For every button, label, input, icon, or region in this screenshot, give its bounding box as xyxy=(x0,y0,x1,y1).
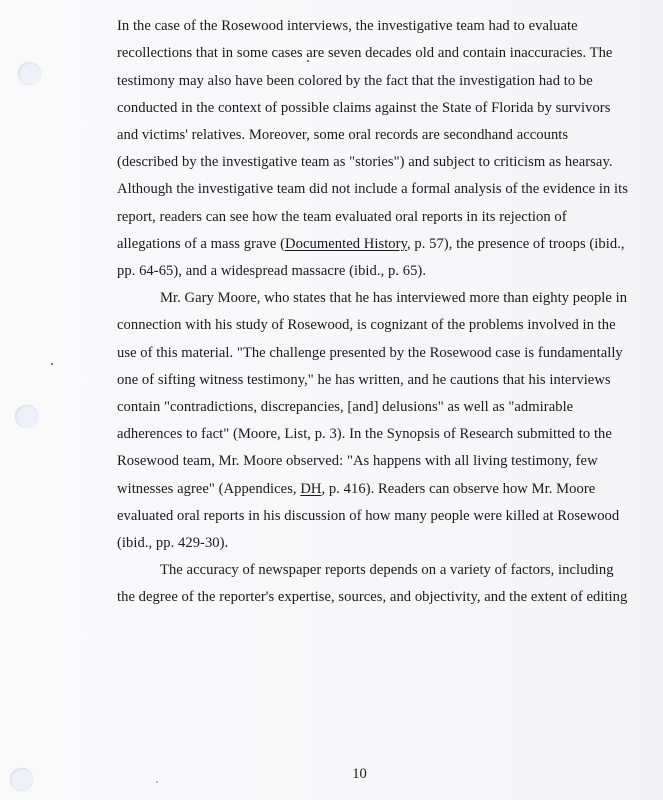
text-line: (described by the investigative team as … xyxy=(117,155,613,170)
text-segment: , p. 416). Readers can observe how Mr. M… xyxy=(322,481,596,497)
text-line: The accuracy of newspaper reports depend… xyxy=(160,563,614,578)
text-line: connection with his study of Rosewood, i… xyxy=(117,318,616,333)
binder-hole-middle xyxy=(15,405,38,428)
text-line: report, readers can see how the team eva… xyxy=(117,210,567,225)
text-line: In the case of the Rosewood interviews, … xyxy=(117,19,578,34)
scanned-page: In the case of the Rosewood interviews, … xyxy=(0,0,663,800)
text-line: (ibid., pp. 429-30). xyxy=(117,536,228,551)
text-line: one of sifting witness testimony," he ha… xyxy=(117,373,611,388)
binder-hole-top xyxy=(18,62,41,85)
text-segment: , p. 57), the presence of troops (ibid., xyxy=(407,236,625,252)
text-line: contain "contradictions, discrepancies, … xyxy=(117,400,573,415)
citation-dh: DH xyxy=(300,481,321,497)
text-line: conducted in the context of possible cla… xyxy=(117,101,610,116)
text-line: Mr. Gary Moore, who states that he has i… xyxy=(160,291,627,306)
text-line: testimony may also have been colored by … xyxy=(117,74,593,89)
scan-speck xyxy=(51,363,53,365)
text-line: and victims' relatives. Moreover, some o… xyxy=(117,128,568,143)
text-line: Although the investigative team did not … xyxy=(117,182,628,197)
text-line: evaluated oral reports in his discussion… xyxy=(117,509,619,524)
text-line: adherences to fact" (Moore, List, p. 3).… xyxy=(117,427,612,442)
text-segment: allegations of a mass grave ( xyxy=(117,236,285,252)
text-line: allegations of a mass grave (Documented … xyxy=(117,237,625,252)
text-line: Rosewood team, Mr. Moore observed: "As h… xyxy=(117,454,598,469)
text-segment: witnesses agree" (Appendices, xyxy=(117,481,300,497)
text-line: use of this material. "The challenge pre… xyxy=(117,346,623,361)
text-line: recollections that in some cases are sev… xyxy=(117,46,612,61)
text-line: the degree of the reporter's expertise, … xyxy=(117,590,627,605)
text-line: witnesses agree" (Appendices, DH, p. 416… xyxy=(117,482,595,497)
citation-documented-history: Documented History xyxy=(285,236,407,252)
page-number: 10 xyxy=(28,766,663,783)
text-line: pp. 64-65), and a widespread massacre (i… xyxy=(117,264,426,279)
